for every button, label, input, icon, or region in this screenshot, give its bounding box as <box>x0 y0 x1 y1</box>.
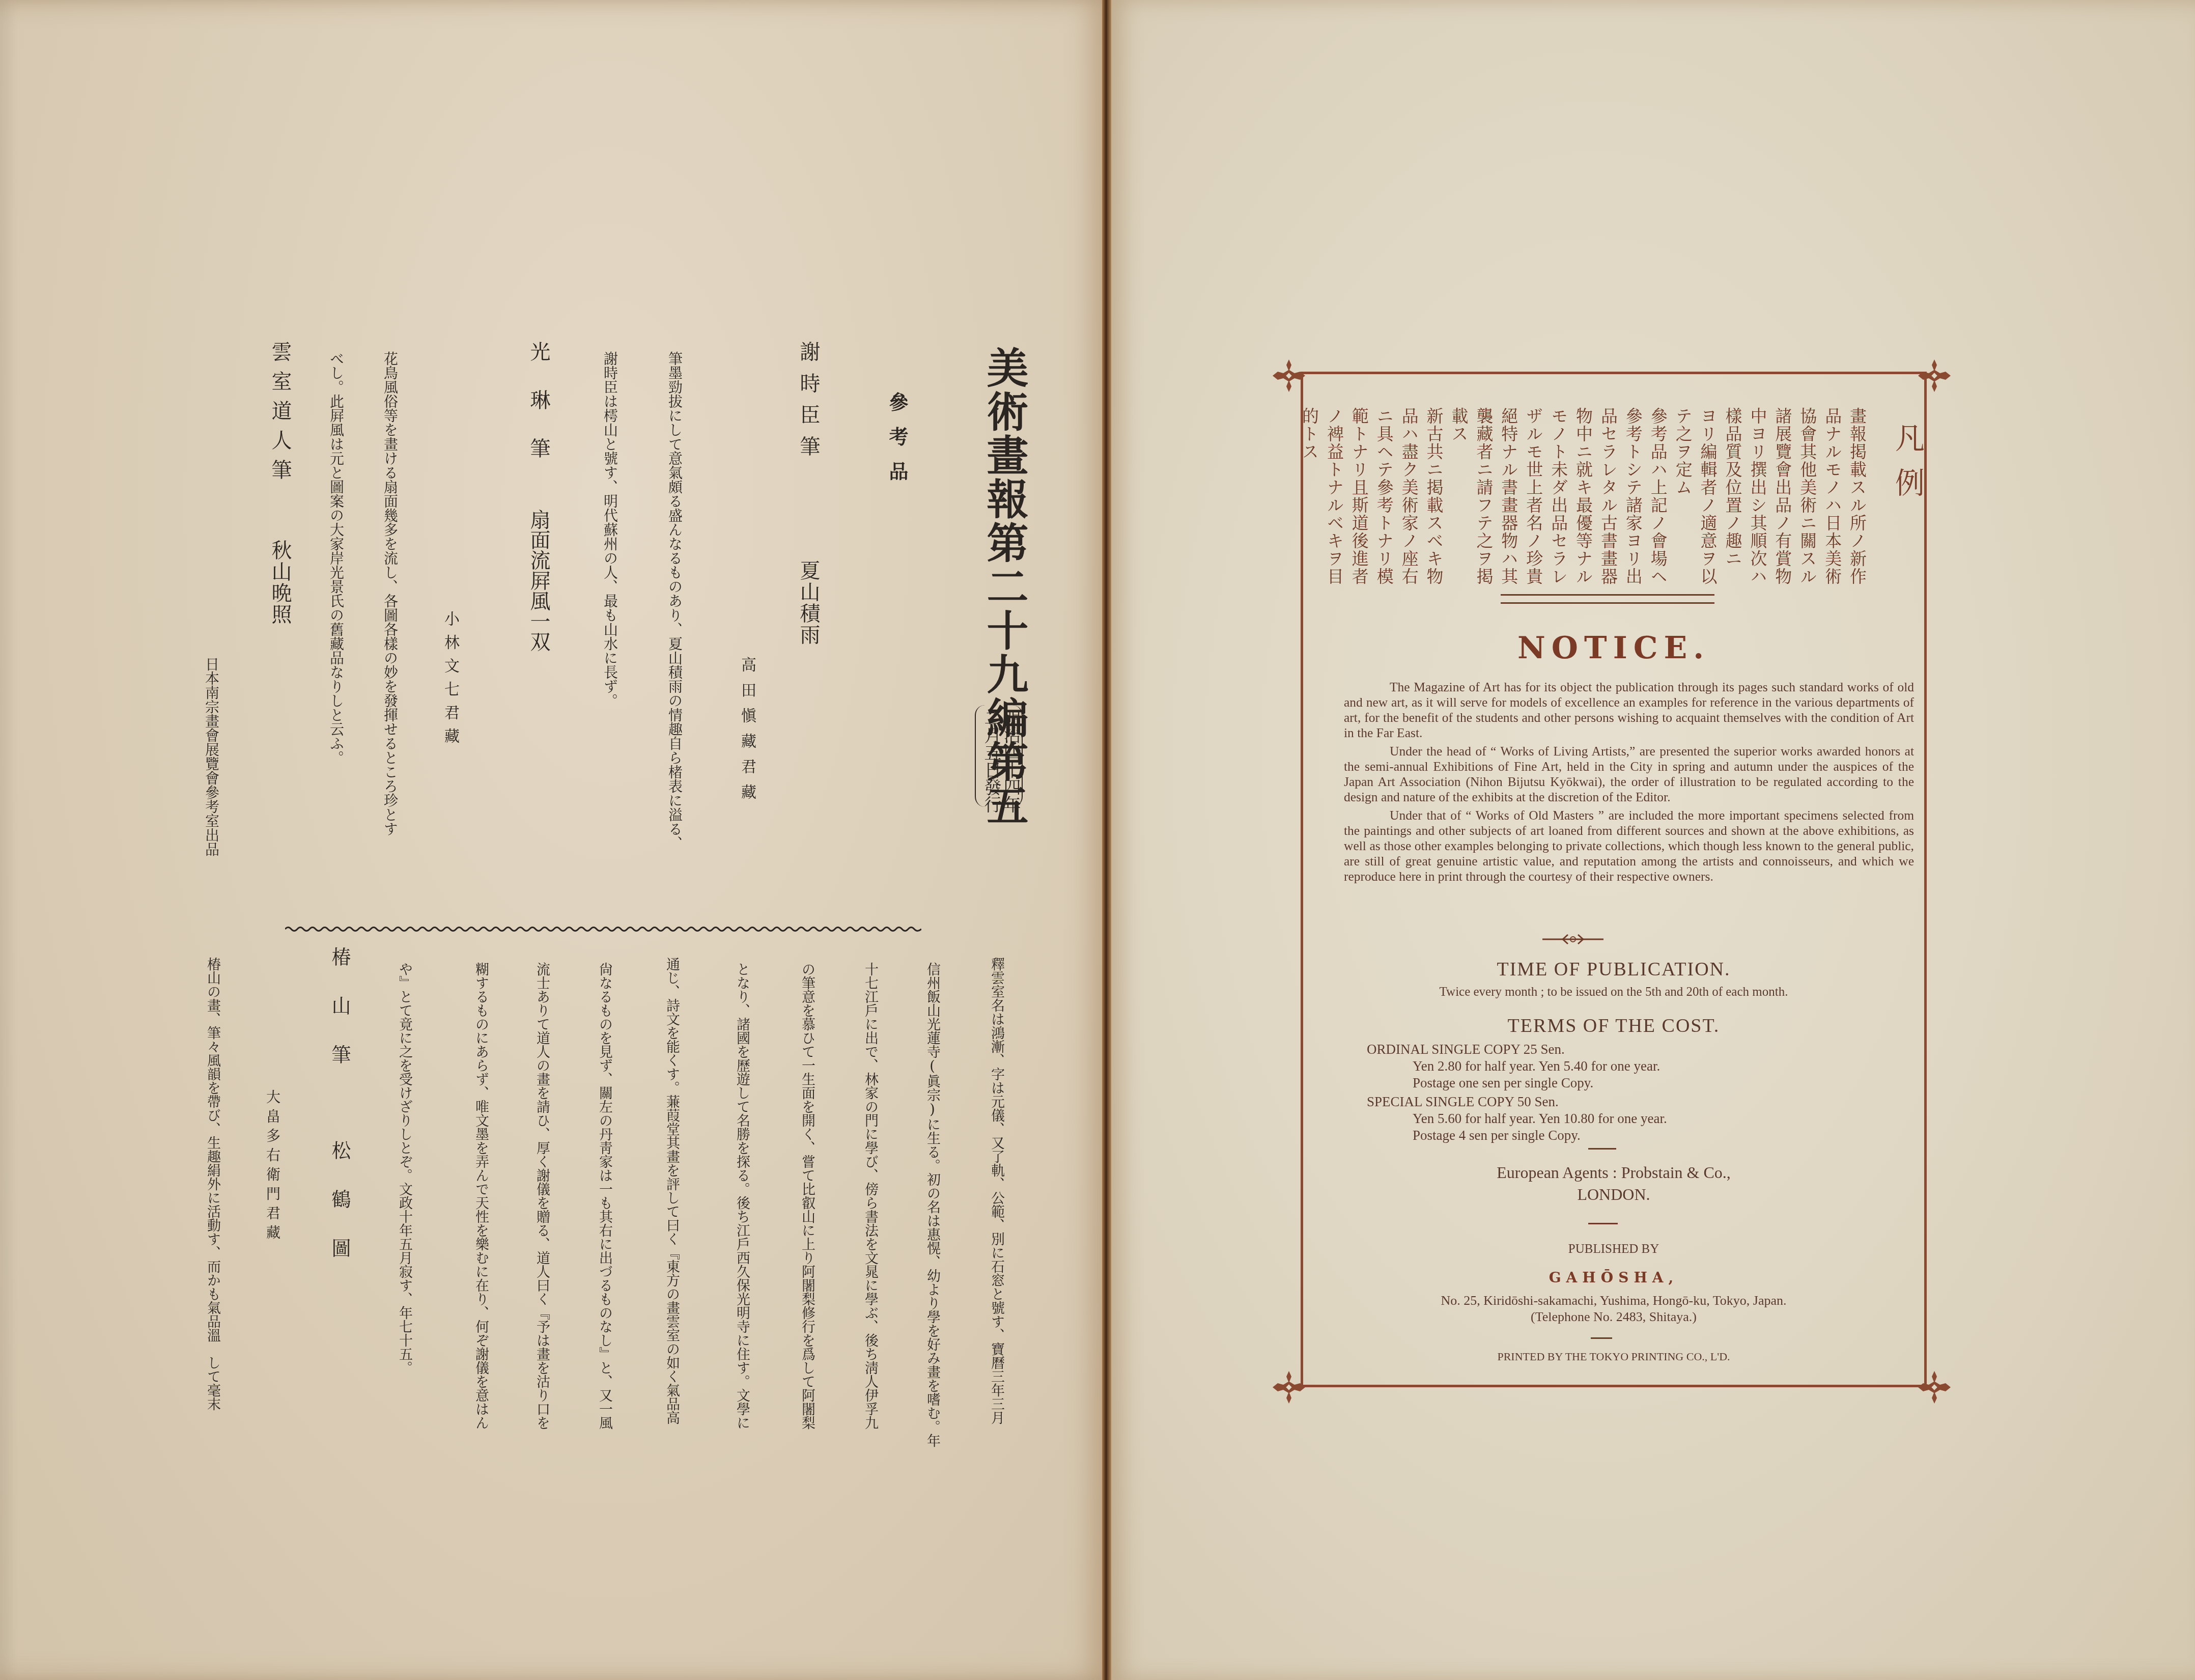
notice-body: The Magazine of Art has for its object t… <box>1344 680 1914 887</box>
bio-line-5: となり、諸國を歷遊して名勝を探る。後ち江戶西久保光明寺に住す。文學に <box>732 962 752 1430</box>
item1-description-1: 筆墨勁拔にして意氣頗る盛んなるものあり、夏山積雨の情趣自ら楮表に溢る、 <box>664 351 685 850</box>
ornament-corner-icon <box>1271 358 1307 394</box>
publisher-name: GAHŌSHA, <box>1301 1269 1927 1286</box>
short-rule <box>1591 1337 1612 1339</box>
hanrei-column: ザルモ世上者名ノ珍貴 <box>1525 407 1542 585</box>
wavy-divider <box>285 926 921 933</box>
double-rule <box>1501 594 1714 596</box>
item1-artist: 謝時臣筆 <box>794 341 823 467</box>
notice-title: NOTICE. <box>1301 630 1927 666</box>
item4-description: 椿山の畫、筆々風韻を帶び、生趣絹外に活動す、而かも氣品溫 して毫末 <box>203 957 222 1411</box>
issue-date: 明治四十四年 二月五日發行 <box>975 705 1023 807</box>
hanrei-column: ニ具ヘテ參考トナリ模 <box>1376 407 1393 585</box>
bio-line-10: や』とて竟に之を受けざりしとぞ。文政十年五月寂す、年七十五。 <box>395 962 414 1375</box>
item4-work: 松鶴圖 <box>326 1140 354 1287</box>
agents-city: LONDON. <box>1301 1185 1927 1204</box>
notice-paragraph-2: Under the head of “ Works of Living Arti… <box>1344 744 1914 805</box>
bio-line-1: 釋雲室名は鴻漸、字は元儀、又了軌、公範、別に石窓と號す、寶曆三年三月 <box>987 957 1006 1424</box>
hanrei-column: 中ヨリ撰出シ其順次ハ <box>1749 407 1766 585</box>
terms-ordinal-postage: Postage one sen per single Copy. <box>1367 1075 1667 1091</box>
short-rule <box>1588 1223 1618 1224</box>
hanrei-title: 凡例 <box>1886 423 1929 512</box>
hanrei-column: 參考トシテ諸家ヨリ出 <box>1625 407 1642 585</box>
hanrei-column: 畫報掲載スル所ノ新作 <box>1849 407 1866 585</box>
terms-list: ORDINAL SINGLE COPY 25 Sen. Yen 2.80 for… <box>1367 1041 1667 1144</box>
item2-work: 扇面流屛風一双 <box>524 509 553 652</box>
hanrei-column: 新古共ニ掲載スベキ物 <box>1426 407 1443 585</box>
short-rule <box>1588 1148 1616 1150</box>
notice-paragraph-1: The Magazine of Art has for its object t… <box>1344 680 1914 741</box>
hanrei-columns: 畫報掲載スル所ノ新作品ナルモノハ日本美術協會其他美術ニ關スル諸展覽會出品ノ有賞物… <box>1298 407 1871 575</box>
book-gutter <box>1102 0 1111 1680</box>
ornament-corner-icon <box>1271 1369 1307 1405</box>
ornament-corner-icon <box>1917 1369 1952 1405</box>
hanrei-column: 物中ニ就キ最優等ナル <box>1575 407 1592 585</box>
terms-heading: TERMS OF THE COST. <box>1301 1015 1927 1037</box>
hanrei-column: モノト未ダ出品セラレ <box>1550 407 1567 585</box>
hanrei-column: 絕特ナル書畫器物ハ其 <box>1500 407 1517 585</box>
ornament-divider-icon <box>1542 932 1603 947</box>
time-text: Twice every month ; to be issued on the … <box>1301 985 1927 999</box>
bio-line-9: 糊するものにあらず、唯文墨を弄んで天性を樂むに在り、何ぞ謝儀を意はん <box>471 962 491 1430</box>
item2-description-2: べし。此屛風は元と圖案の大家岸光景氏の舊藏品なりしと云ふ。 <box>326 351 346 765</box>
item4-owner: 大畠多右衛門君藏 <box>262 1089 283 1244</box>
hanrei-column: 參考品ハ上記ノ會場ヘ <box>1650 407 1667 585</box>
terms-special-label: SPECIAL SINGLE COPY 50 Sen. <box>1367 1094 1667 1110</box>
hanrei-column: 品セラレタル古書畫器 <box>1600 407 1617 585</box>
bio-line-8: 流士ありて道人の畫を請ひ、厚く謝儀を贈る、道人曰く『予は畫を沽り口を <box>532 962 552 1430</box>
hanrei-column: 品ハ盡ク美術家ノ座右 <box>1401 407 1418 585</box>
printer-line: PRINTED BY THE TOKYO PRINTING CO., L'D. <box>1301 1350 1927 1363</box>
hanrei-column: 樣品質及位置ノ趣ニ <box>1725 407 1741 568</box>
item1-description-2: 謝時臣は樗山と號す、明代蘇州の人、最も山水に長ず。 <box>600 351 620 708</box>
terms-ordinal-label: ORDINAL SINGLE COPY 25 Sen. <box>1367 1041 1667 1058</box>
item2-owner: 小林文七君藏 <box>439 611 461 751</box>
hanrei-column: ノ裨益トナルベキヲ目 <box>1326 407 1343 585</box>
published-by-label: PUBLISHED BY <box>1301 1242 1927 1256</box>
item3-work: 秋山晩照 <box>266 540 295 625</box>
ornament-corner-icon <box>1917 358 1952 394</box>
hanrei-column: 載ス <box>1450 407 1467 443</box>
double-rule <box>1501 602 1714 604</box>
hanrei-column: 的トス <box>1301 407 1318 461</box>
hanrei-column: 諸展覽會出品ノ有賞物 <box>1774 407 1791 585</box>
bio-line-7: 尙なるものを見ず、關左の丹靑家は一も其右に出づるものなし』と、又一風 <box>595 962 614 1430</box>
agents-line: European Agents : Probstain & Co., <box>1301 1163 1927 1182</box>
bio-line-3: 十七江戶に出で、林家の門に學び、傍ら書法を文晁に學ぶ、後ち淸人伊孚九 <box>860 962 880 1430</box>
publisher-address: No. 25, Kiridōshi-sakamachi, Yushima, Ho… <box>1301 1293 1927 1308</box>
hanrei-column: 襲藏者ニ請フテ之ヲ掲 <box>1475 407 1492 585</box>
hanrei-column: ヨリ編輯者ノ適意ヲ以 <box>1700 407 1716 585</box>
bio-line-6: 通じ、詩文を能くす。蒹葭堂其畫を評して曰く『東方の畫雲室の如く氣品高 <box>662 957 682 1424</box>
hanrei-column: テ之ヲ定ム <box>1675 407 1692 496</box>
bio-line-2: 信州飯山光蓮寺(眞宗)に生る。初の名は惠愰、幼より學を好み畫を嗜む。年 <box>922 962 942 1447</box>
item2-artist: 光琳筆 <box>524 341 553 486</box>
hanrei-column: 品ナルモノハ日本美術 <box>1824 407 1841 585</box>
item2-description-1: 花鳥風俗等を畫ける扇面幾多を流し、各圖各樣の妙を發揮せるところ珍とす <box>380 351 400 836</box>
hanrei-column: 協會其他美術ニ關スル <box>1799 407 1816 585</box>
item3-source: 日本南宗畫會展覽會參考室出品 <box>201 657 221 856</box>
time-heading: TIME OF PUBLICATION. <box>1301 958 1927 981</box>
bio-line-4: の筆意を慕ひて一生面を開く、嘗て比叡山に上り阿闍梨修行を爲して阿闍梨 <box>797 962 817 1430</box>
item1-owner: 高田愼藏君藏 <box>736 657 758 809</box>
publisher-telephone: (Telephone No. 2483, Shitaya.) <box>1301 1309 1927 1325</box>
terms-special-postage: Postage 4 sen per single Copy. <box>1367 1127 1667 1144</box>
item1-work: 夏山積雨 <box>794 560 823 646</box>
item4-artist: 椿山筆 <box>326 947 354 1094</box>
hanrei-column: 範トナリ且斯道後進者 <box>1351 407 1368 585</box>
terms-ordinal-price: Yen 2.80 for half year. Yen 5.40 for one… <box>1367 1058 1667 1075</box>
terms-special-price: Yen 5.60 for half year. Yen 10.80 for on… <box>1367 1110 1667 1127</box>
item3-artist: 雲室道人筆 <box>266 341 295 489</box>
section-heading-sankouhin: 參考品 <box>883 392 911 496</box>
notice-paragraph-3: Under that of “ Works of Old Masters ” a… <box>1344 808 1914 884</box>
